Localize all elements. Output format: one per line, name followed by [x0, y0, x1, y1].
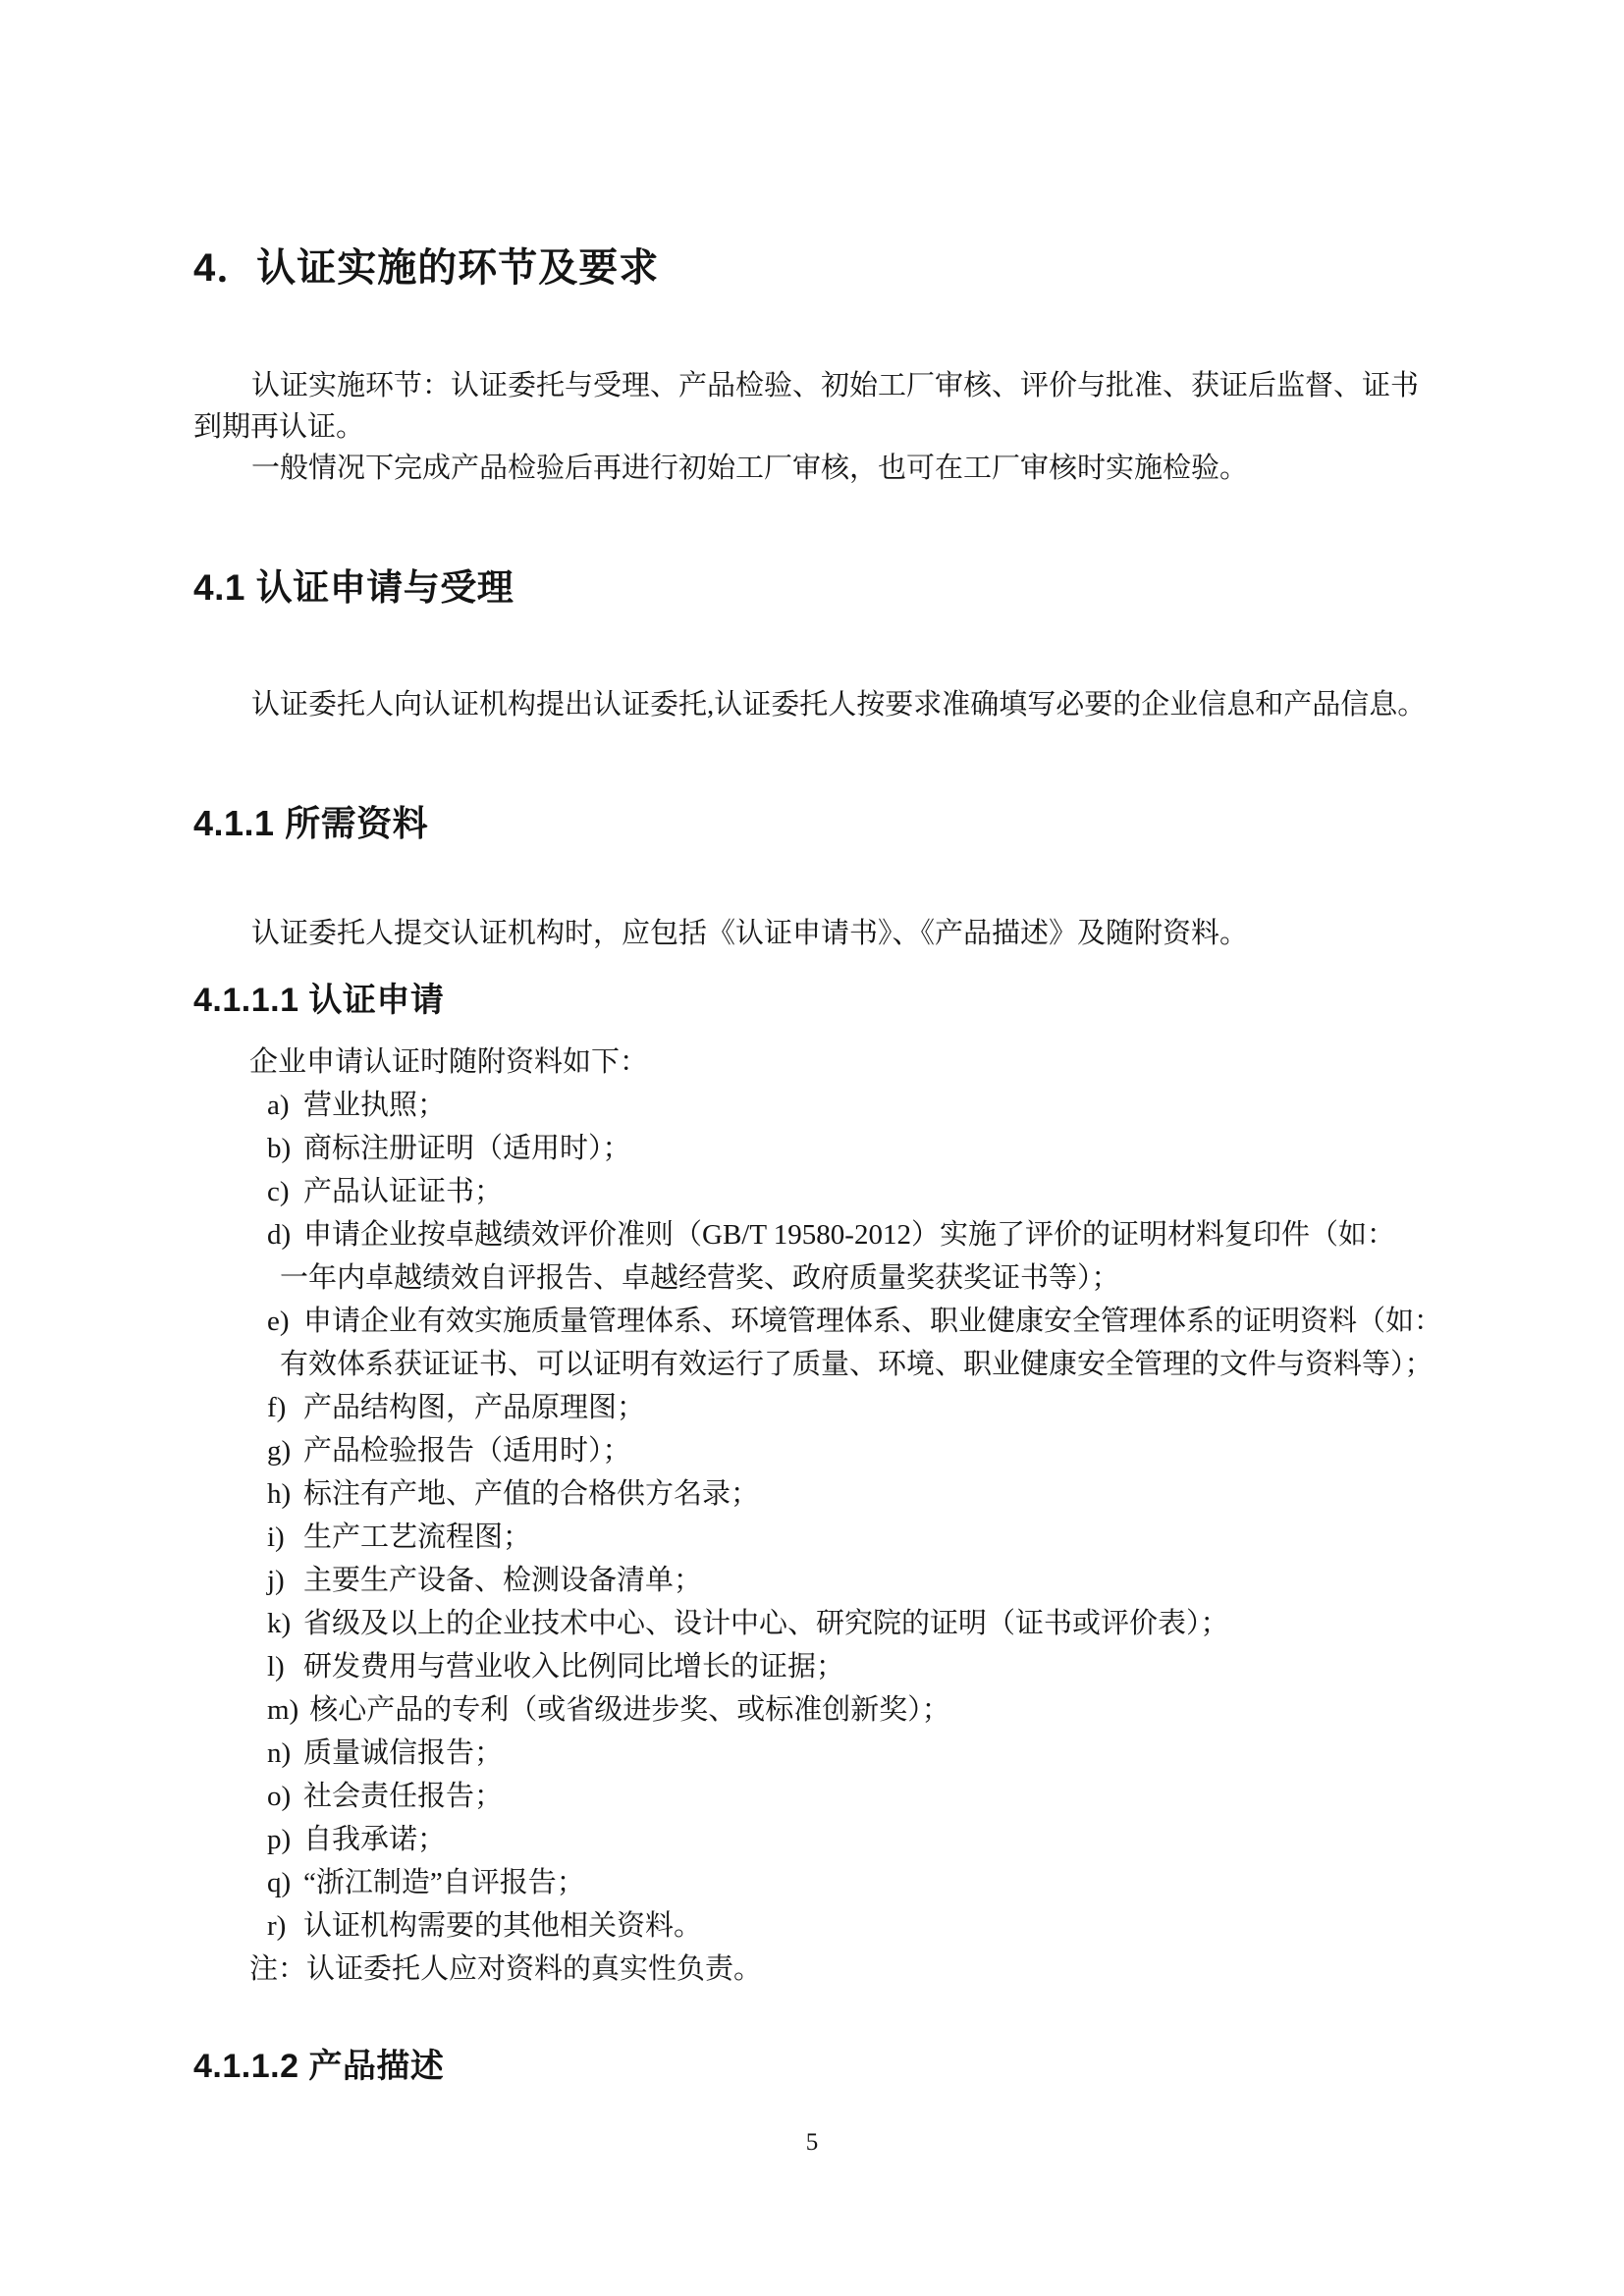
- list-item-label: a): [267, 1084, 293, 1127]
- list-item-r: r)认证机构需要的其他相关资料。: [267, 1904, 1514, 1948]
- section-4-1-paragraph: 认证委托人向认证机构提出认证委托,认证委托人按要求准确填写必要的企业信息和产品信…: [193, 684, 1505, 725]
- list-note-line: 注：认证委托人应对资料的真实性负责。: [249, 1948, 1514, 1991]
- section-4-1-1-paragraph: 认证委托人提交认证机构时，应包括《认证申请书》、《产品描述》及随附资料。: [193, 913, 1505, 954]
- list-item-label: c): [267, 1170, 293, 1213]
- list-item-label: j): [267, 1559, 293, 1602]
- list-item-label: n): [267, 1732, 293, 1775]
- list-item-label: l): [267, 1645, 293, 1688]
- list-item-text: 营业执照；: [303, 1090, 446, 1121]
- paragraph-line: 认证实施环节：认证委托与受理、产品检验、初始工厂审核、评价与批准、获证后监督、证…: [193, 365, 1505, 406]
- list-item-text: 申请企业按卓越绩效评价准则（GB/T 19580-2012）实施了评价的证明材料…: [303, 1219, 1395, 1251]
- list-item-i: i)生产工艺流程图；: [267, 1516, 1514, 1559]
- list-item-label: i): [267, 1516, 293, 1559]
- list-item-text: 核心产品的专利（或省级进步奖、或标准创新奖）；: [309, 1694, 950, 1726]
- list-item-label: f): [267, 1386, 293, 1429]
- list-item-text: 产品认证证书；: [303, 1176, 503, 1207]
- list-item-label: g): [267, 1429, 293, 1472]
- list-item-a: a)营业执照；: [267, 1084, 1514, 1127]
- attachment-materials-list: 企业申请认证时随附资料如下： a)营业执照； b)商标注册证明（适用时）； c)…: [193, 1041, 1514, 1991]
- list-item-p: p)自我承诺；: [267, 1818, 1514, 1861]
- list-item-c: c)产品认证证书；: [267, 1170, 1514, 1213]
- list-item-e: e)申请企业有效实施质量管理体系、环境管理体系、职业健康安全管理体系的证明资料（…: [267, 1300, 1514, 1343]
- list-item-h: h)标注有产地、产值的合格供方名录；: [267, 1472, 1514, 1516]
- list-item-label: h): [267, 1472, 293, 1516]
- list-item-j: j)主要生产设备、检测设备清单；: [267, 1559, 1514, 1602]
- paragraph-line: 一般情况下完成产品检验后再进行初始工厂审核，也可在工厂审核时实施检验。: [193, 448, 1505, 489]
- list-item-g: g)产品检验报告（适用时）；: [267, 1429, 1514, 1472]
- list-item-label: q): [267, 1861, 293, 1904]
- list-item-label: m): [267, 1688, 298, 1732]
- list-item-text: 主要生产设备、检测设备清单；: [303, 1565, 702, 1596]
- section-4-intro-paragraphs: 认证实施环节：认证委托与受理、产品检验、初始工厂审核、评价与批准、获证后监督、证…: [193, 365, 1505, 489]
- list-item-text: 自我承诺；: [303, 1824, 446, 1855]
- list-item-text: 质量诚信报告；: [303, 1737, 503, 1769]
- list-item-text: 产品检验报告（适用时）；: [303, 1435, 631, 1467]
- paragraph-line: 认证委托人提交认证机构时，应包括《认证申请书》、《产品描述》及随附资料。: [193, 913, 1505, 954]
- list-item-m: m)核心产品的专利（或省级进步奖、或标准创新奖）；: [267, 1688, 1514, 1732]
- list-item-label: d): [267, 1213, 293, 1256]
- list-item-text: 标注有产地、产值的合格供方名录；: [303, 1478, 759, 1510]
- list-item-o: o)社会责任报告；: [267, 1775, 1514, 1818]
- document-page: 4．认证实施的环节及要求 认证实施环节：认证委托与受理、产品检验、初始工厂审核、…: [0, 0, 1624, 2296]
- list-item-text: 省级及以上的企业技术中心、设计中心、研究院的证明（证书或评价表）；: [303, 1608, 1229, 1639]
- section-4-heading: 4．认证实施的环节及要求: [193, 245, 659, 291]
- paragraph-line: 到期再认证。: [193, 406, 1505, 448]
- list-item-n: n)质量诚信报告；: [267, 1732, 1514, 1775]
- section-4-1-heading: 4.1 认证申请与受理: [193, 567, 514, 609]
- list-item-text: 生产工艺流程图；: [303, 1522, 531, 1553]
- section-4-1-1-heading: 4.1.1 所需资料: [193, 803, 428, 843]
- list-item-label: o): [267, 1775, 293, 1818]
- list-item-d: d)申请企业按卓越绩效评价准则（GB/T 19580-2012）实施了评价的证明…: [267, 1213, 1514, 1256]
- paragraph-line: 认证委托人向认证机构提出认证委托,认证委托人按要求准确填写必要的企业信息和产品信…: [193, 684, 1505, 725]
- list-item-text: “浙江制造”自评报告；: [303, 1867, 585, 1898]
- list-item-text: 申请企业有效实施质量管理体系、环境管理体系、职业健康安全管理体系的证明资料（如：: [303, 1306, 1442, 1337]
- list-item-text: 认证机构需要的其他相关资料。: [303, 1910, 702, 1942]
- list-item-e-continuation: 有效体系获证证书、可以证明有效运行了质量、环境、职业健康安全管理的文件与资料等）…: [280, 1343, 1514, 1386]
- list-item-label: e): [267, 1300, 293, 1343]
- list-item-q: q)“浙江制造”自评报告；: [267, 1861, 1514, 1904]
- section-4-1-1-1-heading: 4.1.1.1 认证申请: [193, 982, 444, 1020]
- list-item-f: f)产品结构图，产品原理图；: [267, 1386, 1514, 1429]
- list-item-label: b): [267, 1127, 293, 1170]
- list-item-text: 研发费用与营业收入比例同比增长的证据；: [303, 1651, 844, 1682]
- list-item-b: b)商标注册证明（适用时）；: [267, 1127, 1514, 1170]
- page-number: 5: [0, 2128, 1624, 2158]
- list-item-l: l)研发费用与营业收入比例同比增长的证据；: [267, 1645, 1514, 1688]
- list-intro-line: 企业申请认证时随附资料如下：: [249, 1041, 1514, 1084]
- section-4-1-1-2-heading: 4.1.1.2 产品描述: [193, 2048, 444, 2086]
- list-item-text: 产品结构图，产品原理图；: [303, 1392, 645, 1423]
- list-item-d-continuation: 一年内卓越绩效自评报告、卓越经营奖、政府质量奖获奖证书等）；: [280, 1256, 1514, 1300]
- list-item-label: r): [267, 1904, 293, 1948]
- list-item-label: k): [267, 1602, 293, 1645]
- list-item-text: 商标注册证明（适用时）；: [303, 1133, 631, 1164]
- list-item-label: p): [267, 1818, 293, 1861]
- list-item-k: k)省级及以上的企业技术中心、设计中心、研究院的证明（证书或评价表）；: [267, 1602, 1514, 1645]
- list-item-text: 社会责任报告；: [303, 1781, 503, 1812]
